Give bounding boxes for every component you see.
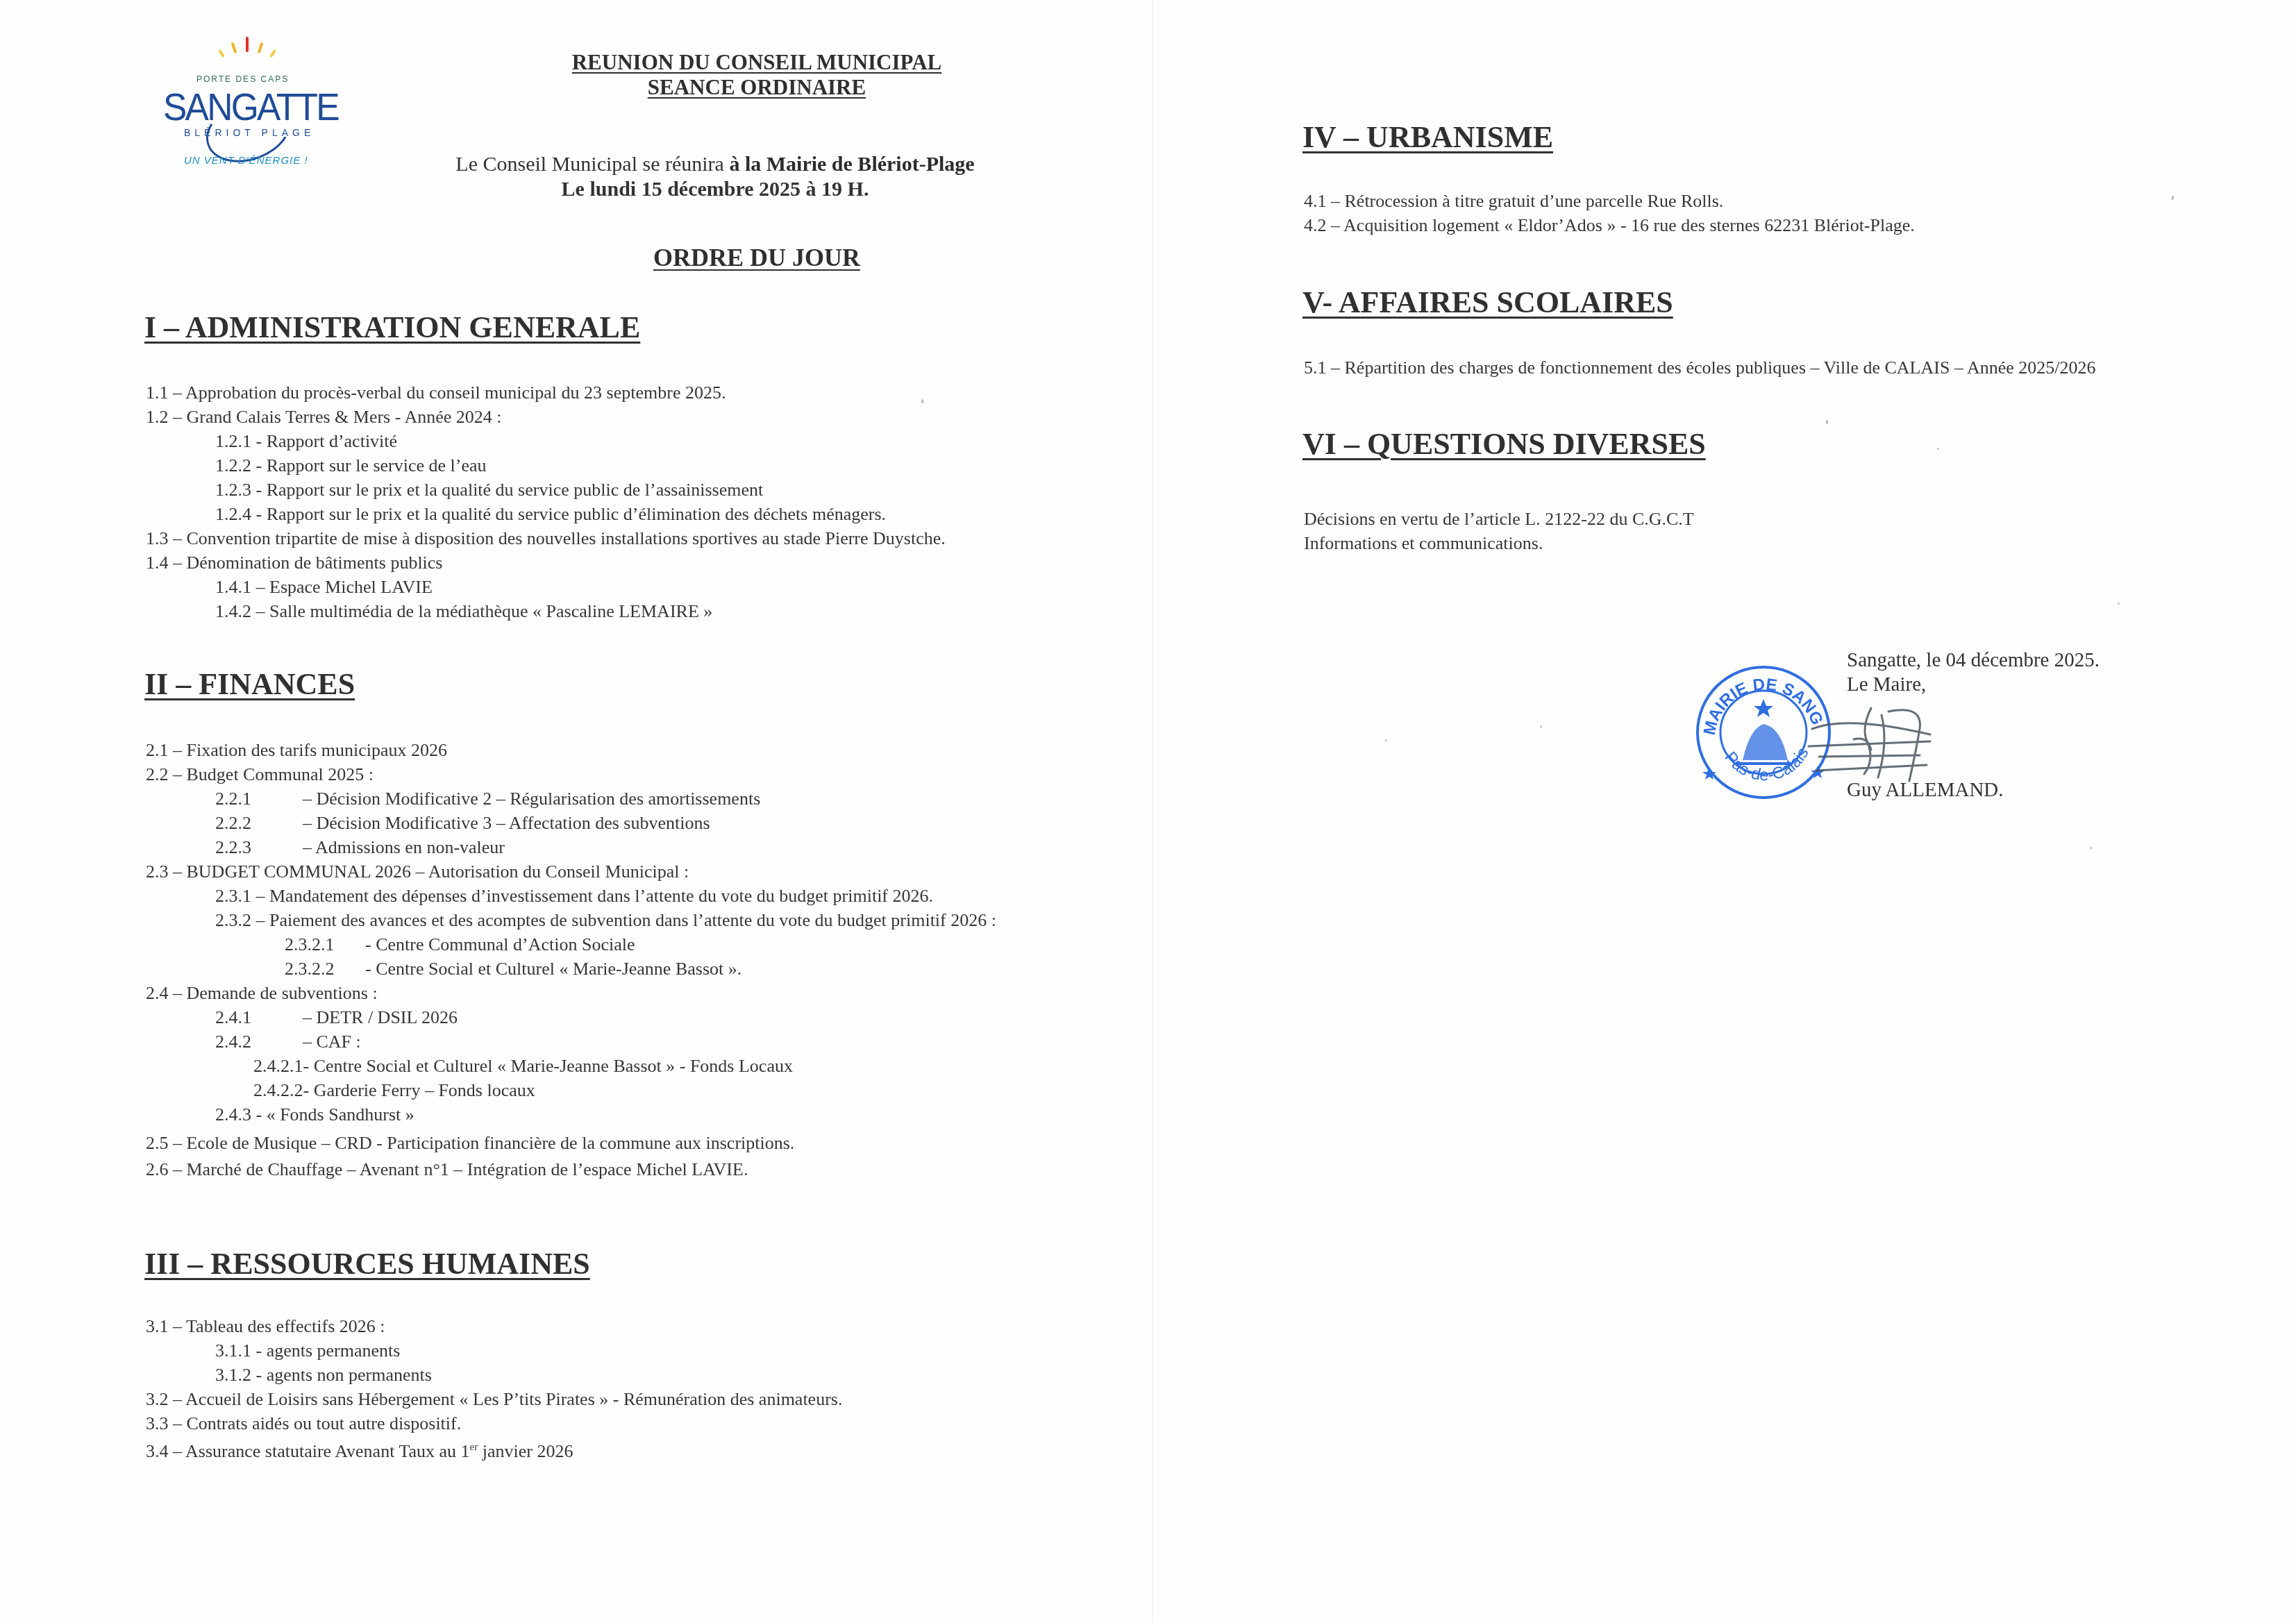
agenda-item-text: 2.4.2.2- Garderie Ferry – Fonds locaux bbox=[253, 1080, 535, 1100]
agenda-item: 4.2 – Acquisition logement « Eldor’Ados … bbox=[1304, 213, 2180, 237]
agenda-item: 4.1 – Rétrocession à titre gratuit d’une… bbox=[1304, 189, 2180, 213]
agenda-item-text: Décisions en vertu de l’article L. 2122-… bbox=[1304, 509, 1694, 529]
agenda-item-number: 2.4.2 bbox=[215, 1029, 303, 1054]
section-rh-items: 3.1 – Tableau des effectifs 2026 :3.1.1 … bbox=[146, 1314, 1024, 1460]
agenda-item-text: 1.4.1 – Espace Michel LAVIE bbox=[215, 577, 433, 597]
scan-speck bbox=[1385, 739, 1387, 741]
agenda-item: 2.1 – Fixation des tarifs municipaux 202… bbox=[146, 738, 1024, 762]
agenda-item: 2.2 – Budget Communal 2025 : bbox=[146, 762, 1024, 787]
logo-ray-icon bbox=[246, 37, 249, 52]
agenda-item: 2.3.1 – Mandatement des dépenses d’inves… bbox=[146, 884, 1024, 908]
agenda-item: Informations et communications. bbox=[1304, 531, 2180, 555]
agenda-item-text: Informations et communications. bbox=[1304, 533, 1543, 553]
agenda-item: 2.3.2.2- Centre Social et Culturel « Mar… bbox=[146, 957, 1024, 981]
section-heading-administration: I – ADMINISTRATION GENERALE bbox=[144, 310, 640, 345]
section-administration-items: 1.1 – Approbation du procès-verbal du co… bbox=[146, 380, 1024, 623]
agenda-item: 1.4.1 – Espace Michel LAVIE bbox=[146, 575, 1024, 599]
document-title: REUNION DU CONSEIL MUNICIPAL bbox=[444, 50, 1069, 75]
section-heading-finances: II – FINANCES bbox=[144, 666, 355, 702]
scan-speck bbox=[1826, 420, 1828, 424]
logo-sub-text: BLÉRIOT PLAGE bbox=[184, 127, 315, 138]
agenda-item-text: 4.2 – Acquisition logement « Eldor’Ados … bbox=[1304, 215, 1915, 235]
agenda-item-text: 3.1.1 - agents permanents bbox=[215, 1340, 400, 1361]
agenda-item-text: 3.1.2 - agents non permanents bbox=[215, 1365, 432, 1385]
agenda-item-number: 2.4.1 bbox=[215, 1005, 303, 1029]
agenda-item-text: 2.4.3 - « Fonds Sandhurst » bbox=[215, 1104, 414, 1125]
logo-ray-icon bbox=[231, 42, 237, 53]
agenda-item-text: 2.3.1 – Mandatement des dépenses d’inves… bbox=[215, 886, 933, 906]
agenda-item-text: 2.4 – Demande de subventions : bbox=[146, 983, 378, 1003]
agenda-item: 1.1 – Approbation du procès-verbal du co… bbox=[146, 380, 1024, 405]
intro-location: à la Mairie de Blériot-Plage bbox=[729, 153, 974, 176]
agenda-item-text: 2.2 – Budget Communal 2025 : bbox=[146, 764, 374, 784]
agenda-item: 2.4.3 - « Fonds Sandhurst » bbox=[146, 1102, 1024, 1127]
agenda-item: 1.2 – Grand Calais Terres & Mers - Année… bbox=[146, 405, 1024, 429]
agenda-item: 2.4.2– CAF : bbox=[146, 1029, 1024, 1054]
agenda-item: 2.6 – Marché de Chauffage – Avenant n°1 … bbox=[146, 1157, 1024, 1181]
agenda-item-text: 1.2.4 - Rapport sur le prix et la qualit… bbox=[215, 504, 886, 524]
agenda-item: 2.5 – Ecole de Musique – CRD - Participa… bbox=[146, 1131, 1024, 1155]
agenda-item: 2.4.2.2- Garderie Ferry – Fonds locaux bbox=[146, 1078, 1024, 1102]
meeting-location: Le Conseil Municipal se réunira à la Mai… bbox=[299, 153, 1132, 176]
agenda-item-text: 1.3 – Convention tripartite de mise à di… bbox=[146, 528, 946, 548]
agenda-item: Décisions en vertu de l’article L. 2122-… bbox=[1304, 507, 2180, 531]
agenda-item-text: – CAF : bbox=[303, 1032, 361, 1052]
agenda-item-text: 4.1 – Rétrocession à titre gratuit d’une… bbox=[1304, 191, 1723, 211]
agenda-item-text: 2.1 – Fixation des tarifs municipaux 202… bbox=[146, 740, 447, 760]
agenda-item: 5.1 – Répartition des charges de fonctio… bbox=[1304, 355, 2180, 380]
agenda-item-text: 2.3 – BUDGET COMMUNAL 2026 – Autorisatio… bbox=[146, 861, 689, 882]
agenda-item: 3.1 – Tableau des effectifs 2026 : bbox=[146, 1314, 1024, 1338]
agenda-item-text: – Admissions en non-valeur bbox=[303, 837, 505, 857]
signature-place-date: Sangatte, le 04 décembre 2025. bbox=[1847, 649, 2100, 672]
agenda-item: 1.2.3 - Rapport sur le prix et la qualit… bbox=[146, 478, 1024, 502]
agenda-item-text: 1.4 – Dénomination de bâtiments publics bbox=[146, 553, 443, 573]
agenda-item-text: 1.2 – Grand Calais Terres & Mers - Année… bbox=[146, 407, 502, 427]
agenda-item-text: – Décision Modificative 2 – Régularisati… bbox=[303, 789, 760, 809]
scan-speck bbox=[2118, 603, 2120, 605]
section-urbanisme-items: 4.1 – Rétrocession à titre gratuit d’une… bbox=[1304, 189, 2180, 237]
document-subtitle: SEANCE ORDINAIRE bbox=[444, 75, 1069, 100]
agenda-item-text: 2.3.2 – Paiement des avances et des acom… bbox=[215, 910, 996, 930]
section-affaires-scolaires-items: 5.1 – Répartition des charges de fonctio… bbox=[1304, 355, 2180, 380]
agenda-item: 3.4 – Assurance statutaire Avenant Taux … bbox=[146, 1436, 1024, 1460]
scan-speck bbox=[921, 399, 923, 403]
agenda-item-text: 1.2.3 - Rapport sur le prix et la qualit… bbox=[215, 480, 763, 500]
intro-text: Le Conseil Municipal se réunira bbox=[455, 153, 729, 176]
superscript: er bbox=[470, 1442, 478, 1453]
agenda-item-number: 2.3.2.1 bbox=[285, 932, 365, 957]
agenda-item-text: 3.4 – Assurance statutaire Avenant Taux … bbox=[146, 1441, 470, 1461]
agenda-item: 1.4 – Dénomination de bâtiments publics bbox=[146, 550, 1024, 575]
agenda-title: ORDRE DU JOUR bbox=[548, 243, 965, 272]
agenda-item: 1.3 – Convention tripartite de mise à di… bbox=[146, 526, 1024, 550]
agenda-item: 2.4.1– DETR / DSIL 2026 bbox=[146, 1005, 1024, 1029]
agenda-item-text: – DETR / DSIL 2026 bbox=[303, 1007, 458, 1027]
agenda-item: 2.3.2 – Paiement des avances et des acom… bbox=[146, 908, 1024, 932]
section-heading-questions-diverses: VI – QUESTIONS DIVERSES bbox=[1302, 426, 1706, 462]
agenda-item-number: 2.3.2.2 bbox=[285, 957, 365, 981]
agenda-item: 3.1.1 - agents permanents bbox=[146, 1338, 1024, 1363]
agenda-item-text: 5.1 – Répartition des charges de fonctio… bbox=[1304, 358, 2096, 378]
agenda-item: 3.3 – Contrats aidés ou tout autre dispo… bbox=[146, 1411, 1024, 1436]
signature-role: Le Maire, bbox=[1847, 673, 1926, 696]
scan-speck bbox=[1937, 448, 1939, 450]
agenda-item: 2.3 – BUDGET COMMUNAL 2026 – Autorisatio… bbox=[146, 859, 1024, 884]
meeting-date: Le lundi 15 décembre 2025 à 19 H. bbox=[299, 178, 1132, 201]
logo-tagline: UN VENT D'ÉNERGIE ! bbox=[184, 155, 308, 167]
mayor-signature-icon bbox=[1805, 701, 1979, 784]
agenda-item: 3.1.2 - agents non permanents bbox=[146, 1363, 1024, 1387]
agenda-item-text: 1.2.1 - Rapport d’activité bbox=[215, 431, 397, 451]
agenda-item-text-suffix: janvier 2026 bbox=[478, 1441, 573, 1461]
agenda-item: 1.4.2 – Salle multimédia de la médiathèq… bbox=[146, 599, 1024, 623]
logo-ray-icon bbox=[269, 49, 276, 58]
agenda-item-number: 2.2.2 bbox=[215, 811, 303, 835]
agenda-item-text: 3.1 – Tableau des effectifs 2026 : bbox=[146, 1316, 385, 1336]
section-heading-ressources-humaines: III – RESSOURCES HUMAINES bbox=[144, 1246, 590, 1281]
logo-ray-icon bbox=[258, 42, 264, 53]
agenda-item-number: 2.2.3 bbox=[215, 835, 303, 859]
agenda-item: 1.2.1 - Rapport d’activité bbox=[146, 429, 1024, 453]
scan-speck bbox=[1540, 725, 1542, 728]
agenda-item: 2.3.2.1- Centre Communal d’Action Social… bbox=[146, 932, 1024, 957]
agenda-item-text: 1.2.2 - Rapport sur le service de l’eau bbox=[215, 455, 487, 476]
agenda-item-text: 1.1 – Approbation du procès-verbal du co… bbox=[146, 382, 726, 403]
agenda-item: 2.4 – Demande de subventions : bbox=[146, 981, 1024, 1005]
agenda-item: 2.2.3– Admissions en non-valeur bbox=[146, 835, 1024, 859]
agenda-item-text: 2.5 – Ecole de Musique – CRD - Participa… bbox=[146, 1133, 794, 1153]
scan-speck bbox=[2090, 847, 2092, 849]
agenda-item-text: 1.4.2 – Salle multimédia de la médiathèq… bbox=[215, 601, 712, 621]
agenda-item-number: 2.2.1 bbox=[215, 787, 303, 811]
section-finances-items: 2.1 – Fixation des tarifs municipaux 202… bbox=[146, 738, 1024, 1181]
agenda-item: 1.2.4 - Rapport sur le prix et la qualit… bbox=[146, 502, 1024, 526]
agenda-item-text: - Centre Social et Culturel « Marie-Jean… bbox=[365, 959, 741, 979]
section-heading-urbanisme: IV – URBANISME bbox=[1302, 119, 1553, 155]
section-questions-diverses-items: Décisions en vertu de l’article L. 2122-… bbox=[1304, 507, 2180, 555]
agenda-item-text: 2.4.2.1- Centre Social et Culturel « Mar… bbox=[253, 1056, 793, 1076]
agenda-item: 3.2 – Accueil de Loisirs sans Hébergemen… bbox=[146, 1387, 1024, 1411]
agenda-item-text: 3.2 – Accueil de Loisirs sans Hébergemen… bbox=[146, 1389, 842, 1409]
page-fold-divider bbox=[1152, 0, 1153, 1623]
agenda-item-text: 2.6 – Marché de Chauffage – Avenant n°1 … bbox=[146, 1159, 748, 1179]
logo-ray-icon bbox=[218, 49, 225, 58]
logo-top-text: PORTE DES CAPS bbox=[196, 74, 289, 84]
right-page bbox=[1153, 0, 2296, 1623]
agenda-item-text: 3.3 – Contrats aidés ou tout autre dispo… bbox=[146, 1413, 461, 1433]
agenda-item: 2.4.2.1- Centre Social et Culturel « Mar… bbox=[146, 1054, 1024, 1078]
logo-main-text: SANGATTE bbox=[163, 84, 338, 129]
section-heading-affaires-scolaires: V- AFFAIRES SCOLAIRES bbox=[1302, 285, 1673, 320]
agenda-item-text: – Décision Modificative 3 – Affectation … bbox=[303, 813, 710, 833]
agenda-item: 2.2.2– Décision Modificative 3 – Affecta… bbox=[146, 811, 1024, 835]
agenda-item: 2.2.1– Décision Modificative 2 – Régular… bbox=[146, 787, 1024, 811]
agenda-item: 1.2.2 - Rapport sur le service de l’eau bbox=[146, 453, 1024, 478]
agenda-item-text: - Centre Communal d’Action Sociale bbox=[365, 934, 635, 955]
